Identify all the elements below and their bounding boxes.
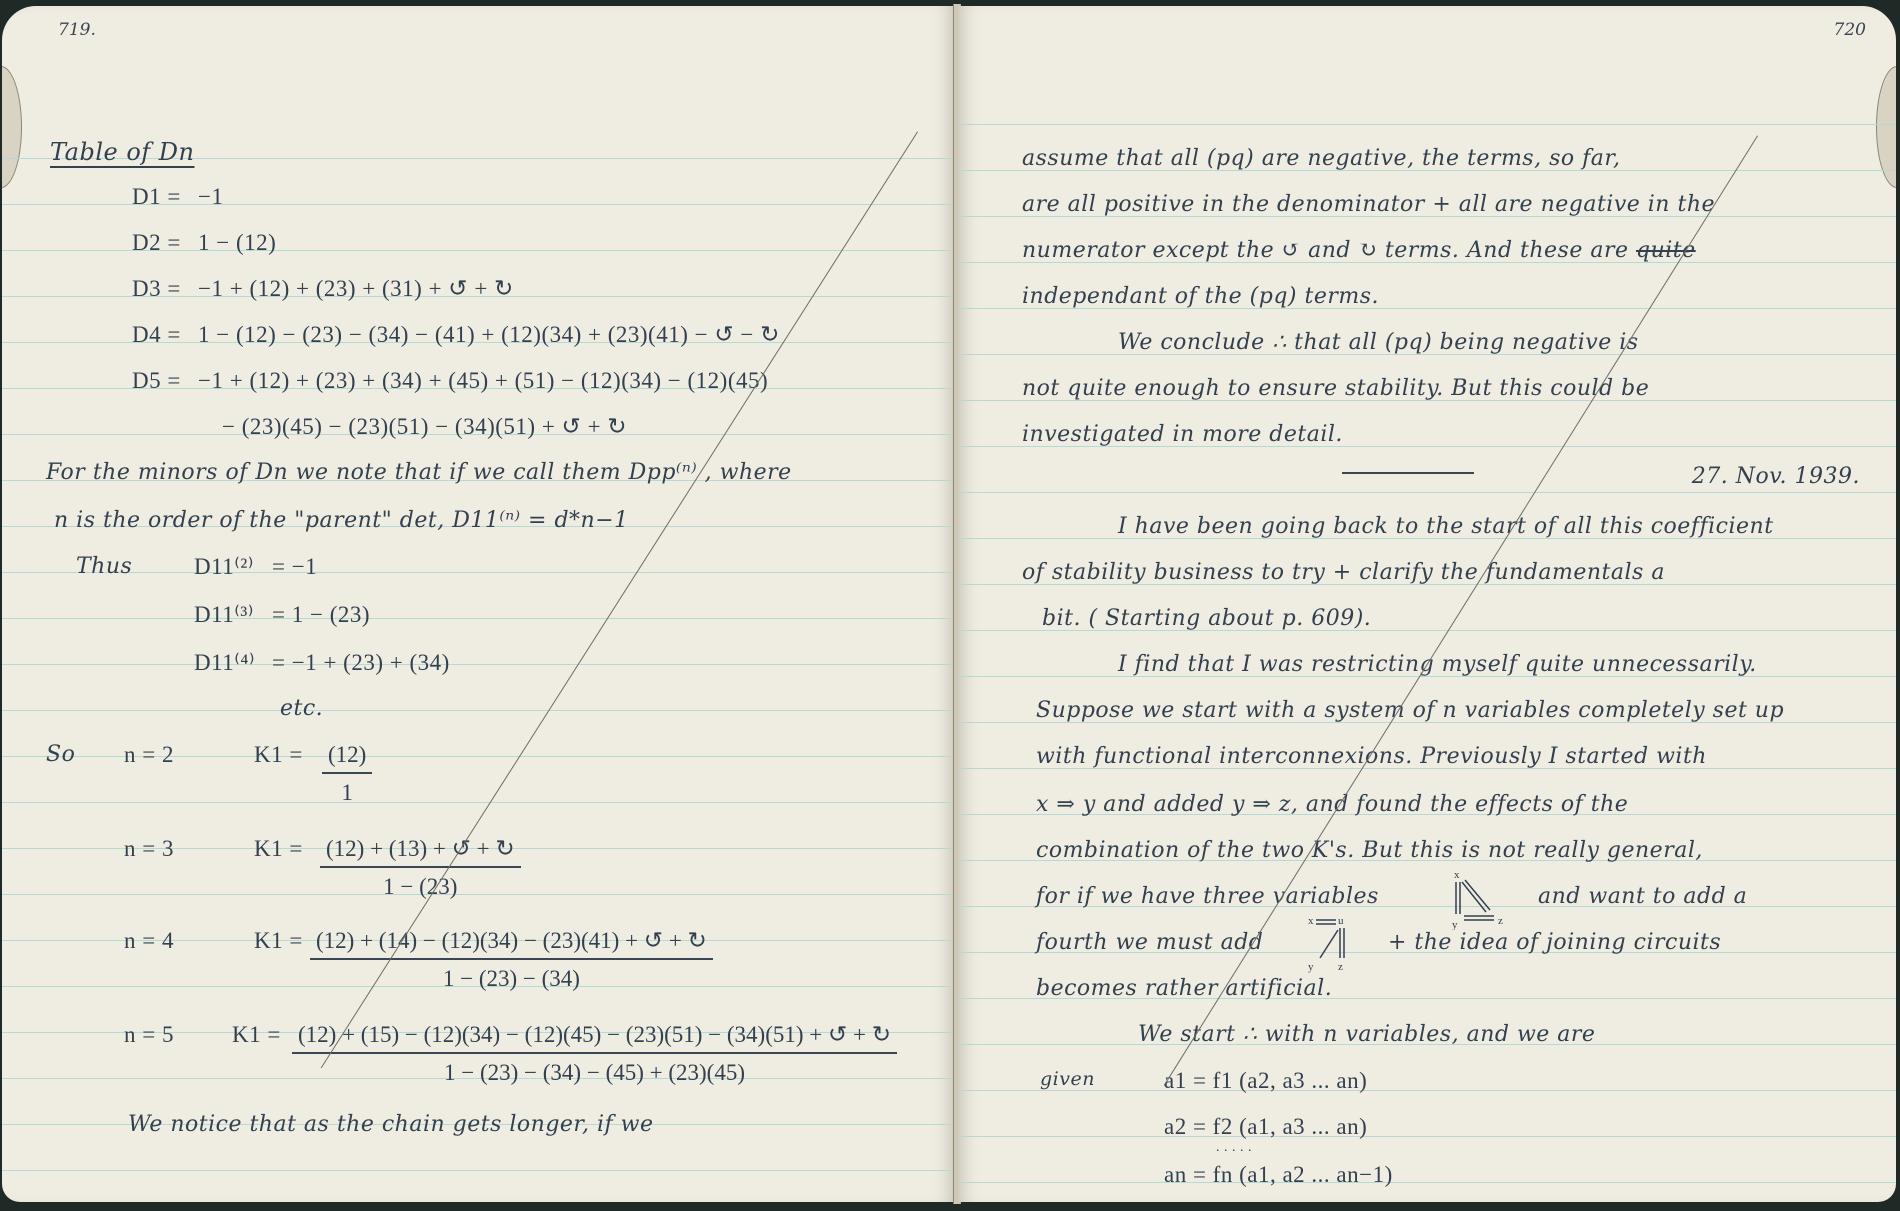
rule-line bbox=[2, 664, 954, 665]
rule-line bbox=[2, 710, 954, 711]
given-label: given bbox=[1040, 1068, 1095, 1090]
text-line: numerator except the ↺ and ↻ terms. And … bbox=[1022, 238, 1696, 263]
k-fraction: (12) 1 bbox=[322, 742, 372, 806]
numerator: (12) + (13) + ↺ + ↻ bbox=[320, 836, 521, 868]
equation-label: D4 = bbox=[132, 322, 181, 348]
k-case-label: K1 = bbox=[254, 742, 303, 768]
svg-text:x: x bbox=[1454, 869, 1460, 881]
conclusion-line: investigated in more detail. bbox=[1022, 422, 1343, 447]
page-number: 719. bbox=[58, 20, 96, 40]
body-line: I find that I was restricting myself qui… bbox=[1118, 652, 1757, 677]
body-line: for if we have three variables bbox=[1036, 884, 1379, 909]
svg-text:z: z bbox=[1498, 915, 1503, 927]
given-equation: a1 = f1 (a2, a3 ... an) bbox=[1164, 1068, 1367, 1094]
k-case-label: K1 = bbox=[254, 928, 303, 954]
minors-text: n is the order of the "parent" det, D11⁽… bbox=[54, 508, 629, 533]
etc-text: etc. bbox=[280, 696, 323, 721]
rule-line bbox=[2, 618, 954, 619]
ellipsis-row: . . . . . bbox=[1216, 1140, 1252, 1156]
svg-text:x: x bbox=[1308, 915, 1314, 927]
svg-text:y: y bbox=[1452, 919, 1458, 930]
rule-line bbox=[958, 492, 1896, 493]
given-equation: a2 = f2 (a1, a3 ... an) bbox=[1164, 1114, 1367, 1140]
minor-label: D11⁽³⁾ bbox=[194, 602, 254, 628]
equation-expr: −1 + (12) + (23) + (34) + (45) + (51) − … bbox=[198, 368, 768, 394]
rule-line bbox=[2, 802, 954, 803]
k-fraction: (12) + (14) − (12)(34) − (23)(41) + ↺ + … bbox=[310, 928, 713, 992]
left-page: 719. Table of Dn D1 = −1 D2 = 1 − (12) D… bbox=[2, 6, 954, 1202]
rule-line bbox=[2, 572, 954, 573]
equation-label: D5 = bbox=[132, 368, 181, 394]
equation-expr: −1 + (12) + (23) + (31) + ↺ + ↻ bbox=[198, 276, 514, 302]
k-case-n: n = 5 bbox=[124, 1022, 174, 1048]
minor-label: D11⁽⁴⁾ bbox=[194, 650, 255, 676]
k-case-n: n = 3 bbox=[124, 836, 174, 862]
k-case-label: K1 = bbox=[254, 836, 303, 862]
equation-label: D2 = bbox=[132, 230, 181, 256]
rule-line bbox=[958, 1182, 1896, 1183]
denominator: 1 − (23) bbox=[320, 868, 521, 900]
body-line: I have been going back to the start of a… bbox=[1118, 514, 1774, 539]
conclusion-line: not quite enough to ensure stability. Bu… bbox=[1022, 376, 1649, 401]
rule-line bbox=[958, 1090, 1896, 1091]
rule-line bbox=[958, 124, 1896, 125]
section-divider bbox=[1342, 472, 1474, 474]
rule-line bbox=[2, 1170, 954, 1171]
k-case-n: n = 2 bbox=[124, 742, 174, 768]
body-line: bit. ( Starting about p. 609). bbox=[1042, 606, 1371, 631]
equation-expr: 1 − (12) − (23) − (34) − (41) + (12)(34)… bbox=[198, 322, 780, 348]
conclusion-line: We conclude ∴ that all (pq) being negati… bbox=[1118, 330, 1639, 355]
entry-date: 27. Nov. 1939. bbox=[1692, 464, 1860, 489]
svg-text:z: z bbox=[1338, 961, 1343, 973]
k-fraction: (12) + (13) + ↺ + ↻ 1 − (23) bbox=[320, 836, 521, 900]
body-line: Suppose we start with a system of n vari… bbox=[1036, 698, 1784, 723]
text-line: independant of the (pq) terms. bbox=[1022, 284, 1379, 309]
body-line: and want to add a bbox=[1538, 884, 1747, 909]
svg-text:y: y bbox=[1308, 961, 1314, 973]
body-line: fourth we must add bbox=[1036, 930, 1263, 955]
svg-text:u: u bbox=[1338, 915, 1344, 927]
minors-text: For the minors of Dn we note that if we … bbox=[46, 460, 792, 485]
equation-label: D1 = bbox=[132, 184, 181, 210]
closing-line: We notice that as the chain gets longer,… bbox=[128, 1112, 654, 1137]
three-variable-diagram-icon: x y z bbox=[1450, 868, 1520, 930]
denominator: 1 − (23) − (34) − (45) + (23)(45) bbox=[292, 1054, 897, 1086]
k-case-n: n = 4 bbox=[124, 928, 174, 954]
text-line: assume that all (pq) are negative, the t… bbox=[1022, 146, 1620, 171]
body-line: of stability business to try + clarify t… bbox=[1022, 560, 1665, 585]
struck-word: quite bbox=[1636, 238, 1696, 263]
equation-label: D3 = bbox=[132, 276, 181, 302]
minor-expr: = −1 + (23) + (34) bbox=[272, 650, 450, 676]
text-span: numerator except the ↺ and ↻ terms. And … bbox=[1022, 238, 1629, 263]
rule-line bbox=[958, 1136, 1896, 1137]
equation-expr: − (23)(45) − (23)(51) − (34)(51) + ↺ + ↻ bbox=[222, 414, 627, 440]
numerator: (12) + (14) − (12)(34) − (23)(41) + ↺ + … bbox=[310, 928, 713, 960]
body-line: We start ∴ with n variables, and we are bbox=[1138, 1022, 1595, 1047]
equation-expr: 1 − (12) bbox=[198, 230, 276, 256]
body-line: becomes rather artificial. bbox=[1036, 976, 1332, 1001]
fourth-variable-diagram-icon: x u y z bbox=[1304, 914, 1366, 974]
equation-expr: −1 bbox=[198, 184, 223, 210]
body-line: + the idea of joining circuits bbox=[1388, 930, 1721, 955]
text-line: are all positive in the denominator + al… bbox=[1022, 192, 1715, 217]
page-tab-notch bbox=[2, 66, 22, 188]
minor-expr: = −1 bbox=[272, 554, 317, 580]
body-line: combination of the two K's. But this is … bbox=[1036, 838, 1703, 863]
body-line: with functional interconnexions. Previou… bbox=[1036, 744, 1707, 769]
so-label: So bbox=[46, 742, 75, 767]
numerator: (12) + (15) − (12)(34) − (12)(45) − (23)… bbox=[292, 1022, 897, 1054]
minor-expr: = 1 − (23) bbox=[272, 602, 370, 628]
numerator: (12) bbox=[322, 742, 372, 774]
page-number: 720 bbox=[1834, 20, 1866, 40]
thus-label: Thus bbox=[76, 554, 132, 579]
right-page: 720 assume that all (pq) are negative, t… bbox=[958, 6, 1896, 1202]
minor-label: D11⁽²⁾ bbox=[194, 554, 254, 580]
denominator: 1 bbox=[322, 774, 372, 806]
page-title: Table of Dn bbox=[50, 138, 194, 166]
k-fraction: (12) + (15) − (12)(34) − (12)(45) − (23)… bbox=[292, 1022, 897, 1086]
k-case-label: K1 = bbox=[232, 1022, 281, 1048]
given-equation: an = fn (a1, a2 ... an−1) bbox=[1164, 1162, 1393, 1188]
